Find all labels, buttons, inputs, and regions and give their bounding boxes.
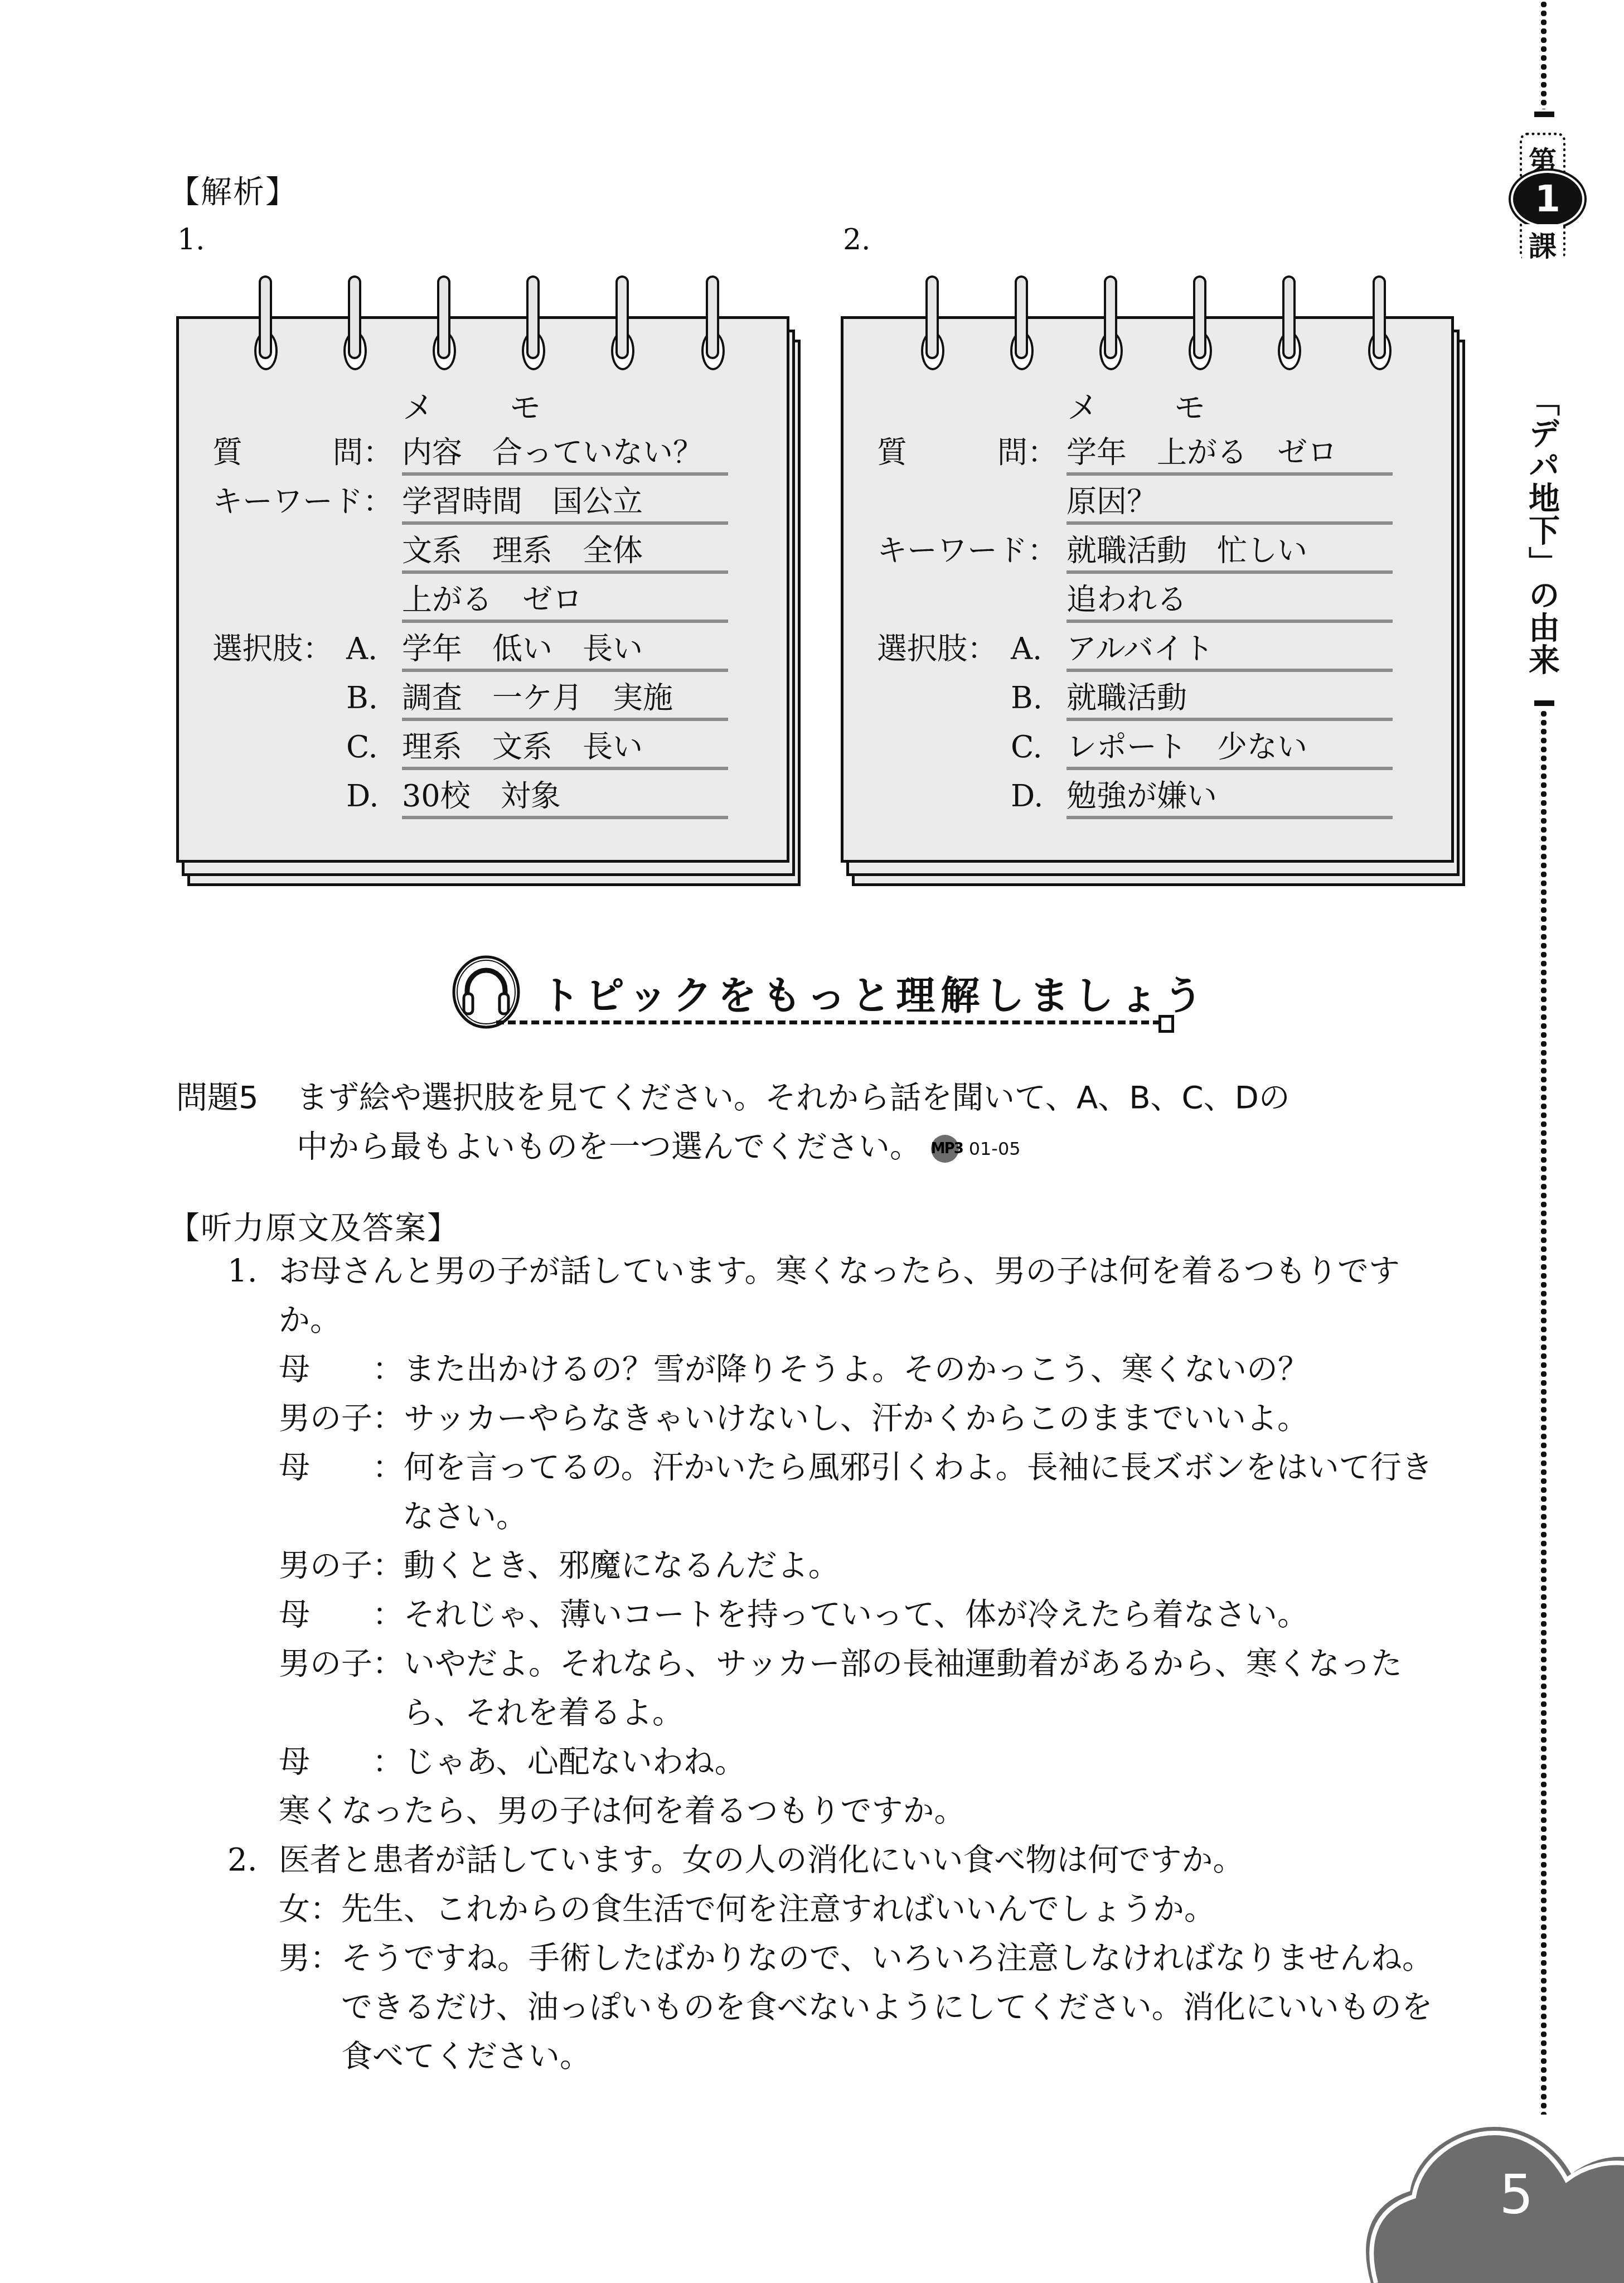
sidebar-dotted-line [1540,0,1548,109]
dialogue-line: 女：先生、これからの食生活で何を注意すればいいんでしょうか。 [279,1885,1215,1934]
dialogue-line-cont: 食べてください。 [341,2032,591,2081]
speaker-label: 男の子： [279,1639,404,1689]
speaker-label: 母 ： [279,1345,404,1394]
page-number: 5 [1494,2164,1539,2226]
memo-2-number: 2. [843,223,871,257]
speaker-label: 女： [279,1885,341,1934]
question-line-1: まず絵や選択肢を見てください。それから話を聞いて、A、B、C、Dの [297,1073,1290,1123]
speaker-label: 母 ： [279,1443,404,1492]
memo-row: 追われる [841,581,1454,620]
memo-row: C. レポート 少ない [841,728,1454,767]
item-2-number: 2. [227,1836,257,1885]
memo-row: 上がる ゼロ [176,581,789,620]
memo-1-number: 1. [177,223,205,257]
speaker-label: 母 ： [279,1590,404,1639]
lesson-number: 1 [1511,171,1584,228]
memo-title: メ モ [843,383,1451,428]
speaker-label: 男の子： [279,1394,404,1443]
item-1-number: 1. [227,1247,257,1296]
dialogue-line: 母 ：また出かけるの？雪が降りそうよ。そのかっこう、寒くないの？ [279,1345,1309,1394]
memo-row: キーワード： 就職活動 忙しい [841,531,1454,570]
dialogue-line-cont: できるだけ、油っぽいものを食べないようにしてください。消化にいいものを [341,1983,1433,2032]
memo-row: 質 問： 内容 合っていない？ [176,433,789,472]
dialogue-line: 男の子：サッカーやらなきゃいけないし、汗かくからこのままでいいよ。 [279,1394,1308,1443]
dialogue-line: 母 ：それじゃ、薄いコートを持っていって、体が冷えたら着なさい。 [279,1590,1308,1639]
question-label: 問題5 [176,1073,259,1123]
dialogue-line: 男の子：いやだよ。それなら、サッカー部の長袖運動着があるから、寒くなった [279,1639,1402,1689]
sidebar-bar [1534,700,1554,706]
memo-row: 文系 理系 全体 [176,531,789,570]
headphones-icon [450,954,522,1031]
cloud-icon [1360,2094,1624,2283]
topic-title: トピックをもっと理解しましょう [541,965,1208,1021]
memo-row: 質 問： 学年 上がる ゼロ [841,433,1454,472]
memo-notebook-1: メ モ 質 問： 内容 合っていない？ キーワード： 学習時間 国公立 文系 理… [176,316,792,872]
underline-end-square [1158,1015,1174,1033]
speaker-label: 男の子： [279,1541,404,1590]
memo-row: 原因？ [841,482,1454,521]
memo-title: メ モ [179,383,787,428]
lesson-suffix: 課 [1522,224,1563,264]
dialogue-line: 男：そうですね。手術したばかりなので、いろいろ注意しなければなりませんね。 [279,1934,1433,1983]
mp3-track-number: 01-05 [969,1138,1021,1159]
memo-row: B. 就職活動 [841,679,1454,718]
analysis-heading: 【解析】 [168,167,298,212]
dialogue-line: 男の子：動くとき、邪魔になるんだよ。 [279,1541,840,1590]
memo-row: B. 調査 一ケ月 実施 [176,679,789,718]
memo-row: D. 30校 対象 [176,777,789,816]
mp3-audio-icon[interactable]: MP3 [931,1135,959,1163]
memo-row: D. 勉強が嫌い [841,777,1454,816]
item-1-intro: お母さんと男の子が話しています。寒くなったら、男の子は何を着るつもりです [279,1247,1400,1296]
memo-row: 選択肢： A. アルバイト [841,630,1454,669]
question-line-2: 中から最もよいものを一つ選んでください。 MP3 01-05 [297,1123,1021,1173]
dashed-underline [496,1020,1161,1024]
dialogue-line-cont: ら、それを着るよ。 [403,1689,683,1738]
memo-row: 選択肢： A. 学年 低い 長い [176,630,789,669]
speaker-label: 母 ： [279,1738,404,1787]
item-2-intro: 医者と患者が話しています。女の人の消化にいい食べ物は何ですか。 [279,1836,1244,1885]
memo-row: C. 理系 文系 長い [176,728,789,767]
dialogue-line: 母 ：じゃあ、心配ないわね。 [279,1738,746,1787]
item-1-question: 寒くなったら、男の子は何を着るつもりですか。 [279,1787,965,1836]
memo-row: キーワード： 学習時間 国公立 [176,482,789,521]
item-1-intro-cont: か。 [279,1296,341,1345]
memo-notebook-2: メ モ 質 問： 学年 上がる ゼロ 原因？ キーワード： 就職活動 忙しい 追… [841,316,1456,872]
lesson-title: 「デパ地下」の由来 [1525,385,1564,676]
sidebar-bar [1534,112,1554,117]
dialogue-line: 母 ：何を言ってるの。汗かいたら風邪引くわよ。長袖に長ズボンをはいて行き [279,1443,1433,1492]
speaker-label: 男： [279,1934,341,1983]
dialogue-line-cont: なさい。 [403,1492,527,1541]
transcript-heading: 【听力原文及答案】 [168,1203,459,1248]
sidebar-dotted-line [1540,709,1548,2115]
